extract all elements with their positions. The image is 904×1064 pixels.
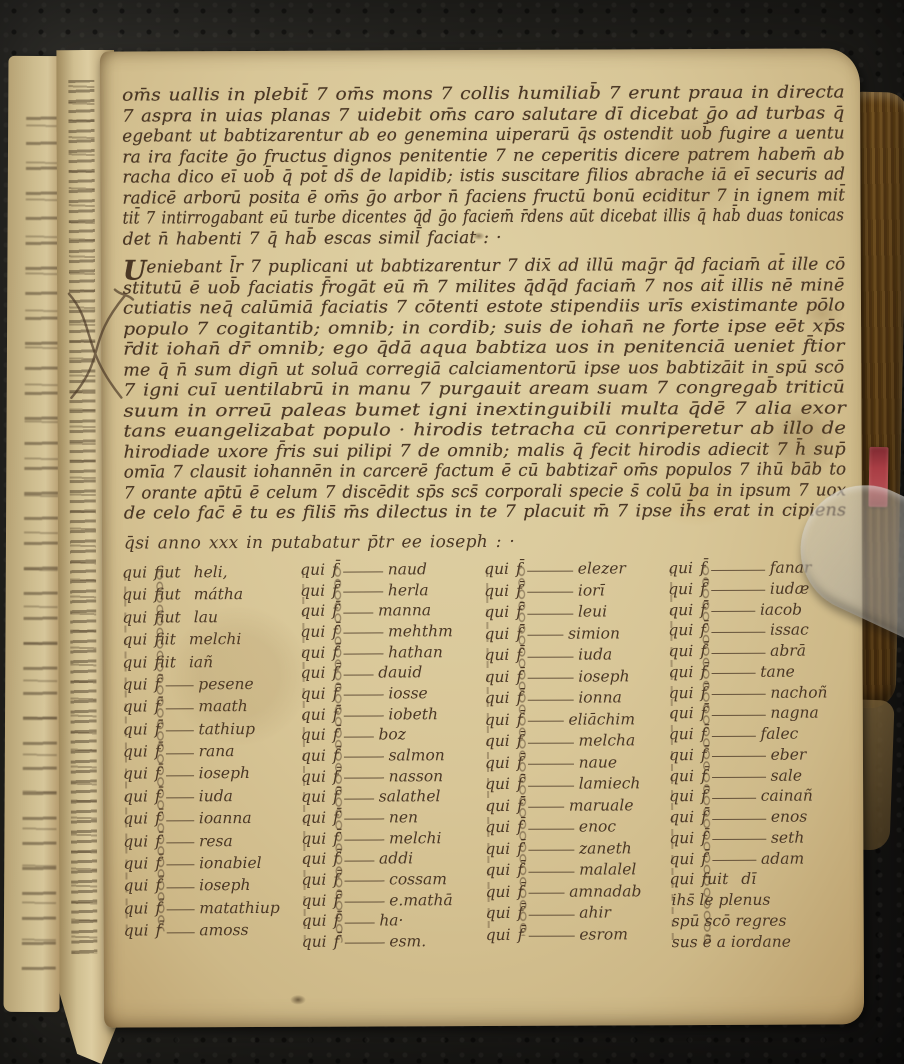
qui-word: qui [302, 912, 327, 930]
ancestor-name: iuda [578, 645, 612, 663]
fuit-word: f̄ [155, 899, 161, 917]
ancestor-name: iuda [199, 787, 233, 805]
genealogy-entry: quif̄boz [301, 725, 477, 744]
qui-word: qui [669, 829, 694, 847]
fuit-word: f̄ [700, 663, 706, 681]
fuit-word: f̄ [516, 646, 522, 664]
connector-stroke [711, 694, 765, 695]
qui-word: qui [669, 663, 694, 681]
fuit-word: f̄ [517, 840, 523, 858]
connector-stroke [344, 881, 384, 882]
latin-text-line: tit̄ 7 intirrogabant eū turbe dicentes q… [123, 205, 845, 229]
qui-word: qui [301, 747, 326, 765]
ancestor-name: nen [389, 808, 418, 826]
connector-stroke [712, 798, 756, 799]
qui-word: qui [669, 787, 694, 805]
connector-stroke [711, 735, 755, 736]
genealogy-entry: quif̄nachoñ [669, 683, 865, 702]
qui-word: qui [484, 581, 509, 599]
connector-stroke [166, 932, 194, 933]
fuit-word: f̄ [516, 667, 522, 685]
qui-word: qui [485, 775, 510, 793]
fuit-word: f̄ [516, 624, 522, 642]
qui-word: qui [485, 840, 510, 858]
qui-word: qui [301, 726, 326, 744]
fuit-word: f̄ [701, 767, 707, 785]
genealogy-entry: quif̄iuda [484, 645, 664, 664]
qui-word: qui [300, 643, 325, 661]
genealogy-entry: quif̄naue [485, 753, 665, 772]
ancestor-name: abrā [770, 642, 806, 660]
fuit-word: f̄ [701, 829, 707, 847]
fuit-word: f̄ [333, 870, 339, 888]
fuit-word: f̄ [701, 704, 707, 722]
genealogy-entry: quifiitmelchi [122, 630, 294, 649]
qui-word: qui [122, 631, 147, 649]
fuit-word: f̄ [517, 732, 523, 750]
ancestor-name: cainañ [761, 787, 813, 805]
qui-word: qui [669, 746, 694, 764]
fuit-word: fiit [154, 630, 176, 648]
connector-stroke [528, 936, 574, 937]
latin-text-line: de celo fac̄ ē tu es filis̄ m̄s dilectus… [124, 500, 846, 524]
fuit-word: fiut [154, 563, 181, 581]
genealogy-entry: quif̄e.mathā [302, 891, 478, 910]
genealogy-entry: quif̄ioseph [123, 764, 295, 783]
connector-stroke [165, 686, 193, 687]
connector-stroke [527, 721, 563, 722]
ancestor-name: ionna [578, 688, 622, 706]
fuit-word: f̄ [155, 877, 161, 895]
qui-word: qui [124, 921, 149, 939]
genealogy-entry: quif̄ioseph [123, 876, 295, 895]
fuit-word: f̄ [701, 850, 707, 868]
fuit-word: f̄ [517, 689, 523, 707]
fuit-word: f̄ [517, 904, 523, 922]
qui-word: qui [122, 653, 147, 671]
latin-text-line: det n̄ habenti 7 q̄ hab̄ escas simil̄ fa… [123, 227, 502, 249]
connector-stroke [712, 756, 766, 757]
fuit-word: f̄ [333, 767, 339, 785]
genealogy-entry: quifiutmátha [122, 585, 294, 604]
genealogy-entry: quif̄zaneth [485, 839, 665, 858]
ancestor-name: zaneth [579, 839, 632, 857]
previous-leaf-edge [3, 56, 64, 1012]
genealogy-entry: quif̄dauid [301, 663, 477, 682]
qui-word: qui [301, 705, 326, 723]
ancestor-name: falec [760, 725, 798, 743]
qui-word: qui [302, 891, 327, 909]
fuit-word: f̄ [334, 932, 340, 950]
connector-stroke [166, 887, 194, 888]
genealogy-entry: quif̄esm. [302, 932, 478, 951]
connector-stroke [166, 753, 194, 754]
qui-word: qui [123, 832, 148, 850]
connector-stroke [344, 901, 384, 902]
fuit-word: fiut [154, 608, 181, 626]
connector-stroke [712, 818, 766, 819]
connector-stroke [711, 590, 765, 591]
ancestor-name: simion [568, 624, 620, 642]
qui-word: qui [485, 732, 510, 750]
genealogy-entry: quif̄eber [669, 745, 865, 764]
ancestor-name: elezer [578, 559, 626, 577]
ancestor-name: e.mathā [389, 891, 453, 909]
genealogy-entry: quif̄matathiup [124, 898, 296, 917]
qui-word: qui [122, 563, 147, 581]
connector-stroke [343, 571, 383, 572]
connector-stroke [344, 943, 384, 944]
genealogy-column: quif̄fanarquif̄iudæquif̄iacobquif̄issacq… [668, 558, 866, 951]
qui-word: qui [669, 767, 694, 785]
genealogy-entry: quif̄mehthm [300, 622, 476, 641]
connector-stroke [166, 842, 194, 843]
connector-stroke [528, 764, 574, 765]
genealogy-entry: quif̄maath [123, 697, 295, 716]
connector-stroke [165, 730, 193, 731]
ancestor-name: eber [771, 745, 807, 763]
fuit-word: f̄ [517, 796, 523, 814]
fuit-word: f̄ [332, 581, 338, 599]
ancestor-name: mehthm [388, 622, 453, 640]
fuit-word: f̄ [155, 810, 161, 828]
genealogy-entry: quif̄tane [669, 662, 865, 681]
genealogy-entry: quif̄tathiup [123, 719, 295, 738]
genealogy-entry: quif̄simion [484, 624, 664, 643]
ancestor-name: tane [760, 662, 795, 680]
qui-word: qui [301, 871, 326, 889]
connector-stroke [711, 632, 765, 633]
genealogy-column: quif̄naudquif̄herlaquif̄mannaquif̄mehthm… [300, 560, 478, 951]
connector-stroke [712, 860, 756, 861]
ancestor-name: esrom [579, 925, 628, 943]
qui-word: qui [123, 765, 148, 783]
qui-word: qui [669, 850, 694, 868]
manuscript-page: om̄s uallis in plebit̄ 7 om̄s mons 7 col… [100, 48, 864, 1027]
connector-stroke [527, 699, 573, 700]
ancestor-name: ahir [579, 904, 611, 922]
ancestor-name: rana [199, 742, 235, 760]
ancestor-name: malalel [579, 861, 636, 879]
connector-stroke [528, 785, 574, 786]
ancestor-name: nasson [389, 767, 444, 785]
connector-stroke [711, 569, 765, 570]
qui-word: qui [485, 689, 510, 707]
ancestor-name: matathiup [199, 899, 280, 917]
genealogy-entry: quifiutlau [122, 608, 294, 627]
genealogy-entry: quif̄salmon [301, 746, 477, 765]
connector-stroke [344, 777, 384, 778]
genealogy-entry: quif̄rana [123, 742, 295, 761]
genealogy-entry: quif̄salathel [301, 787, 477, 806]
ancestor-name: lamiech [579, 774, 641, 792]
connector-stroke [711, 673, 755, 674]
connector-stroke [344, 819, 384, 820]
ancestor-name: maruale [569, 796, 634, 814]
fuit-word: f̄ [155, 720, 161, 738]
connector-stroke [166, 775, 194, 776]
ancestor-name: iobeth [388, 705, 438, 723]
qui-word: qui [123, 742, 148, 760]
qui-word: qui [485, 754, 510, 772]
qui-word: qui [669, 684, 694, 702]
ancestor-name: dauid [378, 664, 422, 682]
genealogy-entry: quif̄resa [123, 831, 295, 850]
fuit-word: f̄ [332, 623, 338, 641]
connector-stroke [344, 839, 384, 840]
fuit-word: f̄ [516, 581, 522, 599]
qui-word: qui [485, 667, 510, 685]
fuit-word: f̄ [155, 787, 161, 805]
qui-word: qui [122, 586, 147, 604]
fuit-word: f̄ [333, 788, 339, 806]
qui-word: qui [122, 608, 147, 626]
connector-stroke [528, 807, 564, 808]
qui-word: qui [486, 883, 511, 901]
connector-stroke [711, 715, 765, 716]
ancestor-name: lau [194, 608, 218, 626]
connector-stroke [712, 839, 766, 840]
genealogy-entry: quif̄herla [300, 581, 476, 600]
qui-word: qui [300, 561, 325, 579]
fuit-word: f̄ [700, 580, 706, 598]
ancestor-name: addi [379, 849, 413, 867]
qui-word: qui [301, 829, 326, 847]
genealogy-entry: quif̄nasson [301, 767, 477, 786]
genealogy-entry: quif̄seth [669, 828, 865, 847]
genealogy-entry: quifuitdī [669, 870, 865, 889]
qui-word: qui [301, 664, 326, 682]
qui-word: qui [669, 704, 694, 722]
fuit-word: f̄ [333, 829, 339, 847]
fuit-word: f̄ [333, 809, 339, 827]
qui-word: qui [668, 642, 693, 660]
connector-stroke [343, 633, 383, 634]
connector-stroke [527, 592, 573, 593]
fuit-word: f̄ [332, 664, 338, 682]
genealogy-entry: quif̄enoc [485, 817, 665, 836]
fuit-word: fuit [701, 870, 728, 888]
genealogy-entry: quif̄addi [301, 849, 477, 868]
ancestor-name: iañ [189, 653, 213, 671]
connector-stroke [343, 612, 373, 613]
ancestor-name: boz [378, 726, 406, 744]
fuit-word: f̄ [701, 746, 707, 764]
ancestor-name: pesene [198, 675, 253, 693]
ancestor-name: salmon [389, 746, 445, 764]
qui-word: qui [124, 899, 149, 917]
connector-stroke [528, 742, 574, 743]
genealogy-entry: quif̄manna [300, 601, 476, 620]
qui-word: qui [301, 850, 326, 868]
qui-word: qui [123, 698, 148, 716]
fuit-word: f̄ [155, 765, 161, 783]
ancestor-name: melchi [189, 630, 242, 648]
ancestor-name: naud [388, 560, 427, 578]
genealogy-columns: quifiutheli,quifiutmáthaquifiutlauquifii… [116, 556, 860, 959]
connector-stroke [528, 828, 574, 829]
genealogy-entry: quif̄abrā [668, 641, 864, 660]
ancestor-name: maath [198, 697, 247, 715]
qui-word: qui [301, 809, 326, 827]
ancestor-name: leui [578, 602, 607, 620]
ancestor-name: dī [741, 870, 756, 888]
connector-stroke [166, 820, 194, 821]
fuit-word: f̄ [332, 643, 338, 661]
genealogy-entry: quif̄melcha [485, 731, 665, 750]
fuit-word: f̄ [701, 684, 707, 702]
parchment-stain [290, 995, 306, 1005]
qui-word: qui [484, 646, 509, 664]
connector-stroke [527, 635, 563, 636]
connector-stroke [166, 909, 194, 910]
fuit-word: f̄ [517, 883, 523, 901]
genealogy-entry: quif̄hathan [300, 643, 476, 662]
fuit-word: f̄ [334, 912, 340, 930]
qui-word: qui [123, 877, 148, 895]
connector-stroke [343, 674, 373, 675]
ancestor-name: enos [771, 808, 808, 826]
colophon-line: spū scō regres [670, 911, 866, 930]
fuit-word: f̄ [155, 832, 161, 850]
ancestor-name: amoss [199, 921, 248, 939]
fuit-word: f̄ [517, 775, 523, 793]
qui-word: qui [123, 854, 148, 872]
genealogy-entry: quif̄nagna [669, 704, 865, 723]
ancestor-name: ioanna [199, 809, 252, 827]
genealogy-entry: quif̄ioanna [123, 809, 295, 828]
genealogy-entry: quif̄leui [484, 602, 664, 621]
fuit-word: f̄ [332, 561, 338, 579]
qui-word: qui [486, 926, 511, 944]
fuit-word: f̄ [333, 747, 339, 765]
connector-stroke [344, 798, 374, 799]
qui-word: qui [668, 559, 693, 577]
qui-word: qui [668, 601, 693, 619]
qui-word: qui [123, 787, 148, 805]
genealogy-entry: quif̄sale [669, 766, 865, 785]
genealogy-entry: quif̄adam [669, 849, 865, 868]
qui-word: qui [300, 623, 325, 641]
connector-stroke [344, 757, 384, 758]
ancestor-name: esm. [389, 932, 426, 950]
ancestor-name: ha· [379, 912, 403, 930]
connector-stroke [527, 678, 573, 679]
connector-stroke [344, 922, 374, 923]
ancestor-name: iudæ [770, 579, 810, 597]
fuit-word: f̄ [333, 705, 339, 723]
genealogy-entry: quif̄iobeth [301, 705, 477, 724]
ancestor-name: melchi [389, 829, 442, 847]
connector-stroke [343, 716, 383, 717]
qui-word: qui [301, 685, 326, 703]
genealogy-entry: quif̄pesene [123, 675, 295, 694]
qui-word: qui [123, 720, 148, 738]
ancestor-name: ionabiel [199, 854, 262, 872]
genealogy-entry: quif̄enos [669, 808, 865, 827]
fuit-word: f̄ [700, 601, 706, 619]
ancestor-name: amnadab [569, 882, 641, 900]
fuit-word: f̄ [700, 621, 706, 639]
fuit-word: f̄ [701, 725, 707, 743]
ancestor-name: sale [771, 766, 802, 784]
fuit-word: f̄ [332, 602, 338, 620]
ancestor-name: iosse [388, 684, 427, 702]
connector-stroke [712, 777, 766, 778]
manuscript-photograph: om̄s uallis in plebit̄ 7 om̄s mons 7 col… [0, 0, 904, 1064]
connector-stroke [343, 654, 383, 655]
ancestor-name: melcha [578, 731, 635, 749]
genealogy-entry: quif̄malalel [485, 860, 665, 879]
qui-word: qui [300, 581, 325, 599]
fuit-word: f̄ [518, 926, 524, 944]
qui-word: qui [301, 767, 326, 785]
connector-stroke [527, 613, 573, 614]
genealogy-entry: quif̄iuda [123, 787, 295, 806]
ancestor-name: hathan [388, 643, 443, 661]
connector-stroke [528, 871, 574, 872]
gospel-text-lower-block: Ueniebant l̄r 7 puplicani ut babtizarent… [123, 254, 846, 524]
connector-stroke [711, 611, 755, 612]
ancestor-name: ioseph [199, 764, 250, 782]
connector-stroke [343, 736, 373, 737]
genealogy-entry: quif̄cainañ [669, 787, 865, 806]
ancestor-name: nagna [770, 704, 818, 722]
fuit-word: f̄ [333, 726, 339, 744]
genealogy-entry: quif̄esrom [486, 925, 666, 944]
ancestor-name: eliāchim [568, 710, 635, 728]
fuit-word: f̄ [333, 891, 339, 909]
ancestor-name: iacob [760, 600, 802, 618]
fuit-word: f̄ [701, 808, 707, 826]
ancestor-name: ioseph [199, 876, 250, 894]
ancestor-name: manna [378, 602, 431, 620]
qui-word: qui [485, 710, 510, 728]
fuit-word: f̄ [154, 675, 160, 693]
qui-word: qui [668, 580, 693, 598]
ancestor-name: herla [388, 581, 429, 599]
genealogy-heading-line: q̄si anno xxx in putabatur p̄tr ee iosep… [124, 532, 515, 554]
ancestor-name: ioseph [578, 667, 629, 685]
ancestor-name: salathel [379, 787, 441, 805]
fuit-word: f̄ [700, 559, 706, 577]
fuit-word: f̄ [516, 603, 522, 621]
genealogy-entry: quif̄ionna [485, 688, 665, 707]
fuit-word: f̄ [517, 818, 523, 836]
genealogy-entry: quif̄amnadab [486, 882, 666, 901]
qui-word: qui [669, 808, 694, 826]
connector-stroke [527, 570, 573, 571]
fuit-word: f̄ [155, 742, 161, 760]
qui-word: qui [485, 818, 510, 836]
fuit-word: f̄ [700, 642, 706, 660]
connector-stroke [528, 914, 574, 915]
genealogy-entry: quif̄melchi [301, 829, 477, 848]
genealogy-entry: quif̄ioseph [485, 667, 665, 686]
genealogy-entry: quif̄cossam [301, 870, 477, 889]
fuit-word: f̄ [155, 854, 161, 872]
genealogy-entry: quif̄nen [301, 808, 477, 827]
fuit-word: f̄ [517, 861, 523, 879]
genealogy-entry: quifiitiañ [122, 652, 294, 671]
genealogy-entry: quif̄ha· [302, 911, 478, 930]
connector-stroke [528, 893, 564, 894]
genealogy-entry: quif̄naud [300, 560, 476, 579]
connector-stroke [343, 695, 383, 696]
genealogy-entry: quif̄ahir [486, 903, 666, 922]
ancestor-name: naue [579, 753, 617, 771]
genealogy-entry: quif̄lamiech [485, 774, 665, 793]
